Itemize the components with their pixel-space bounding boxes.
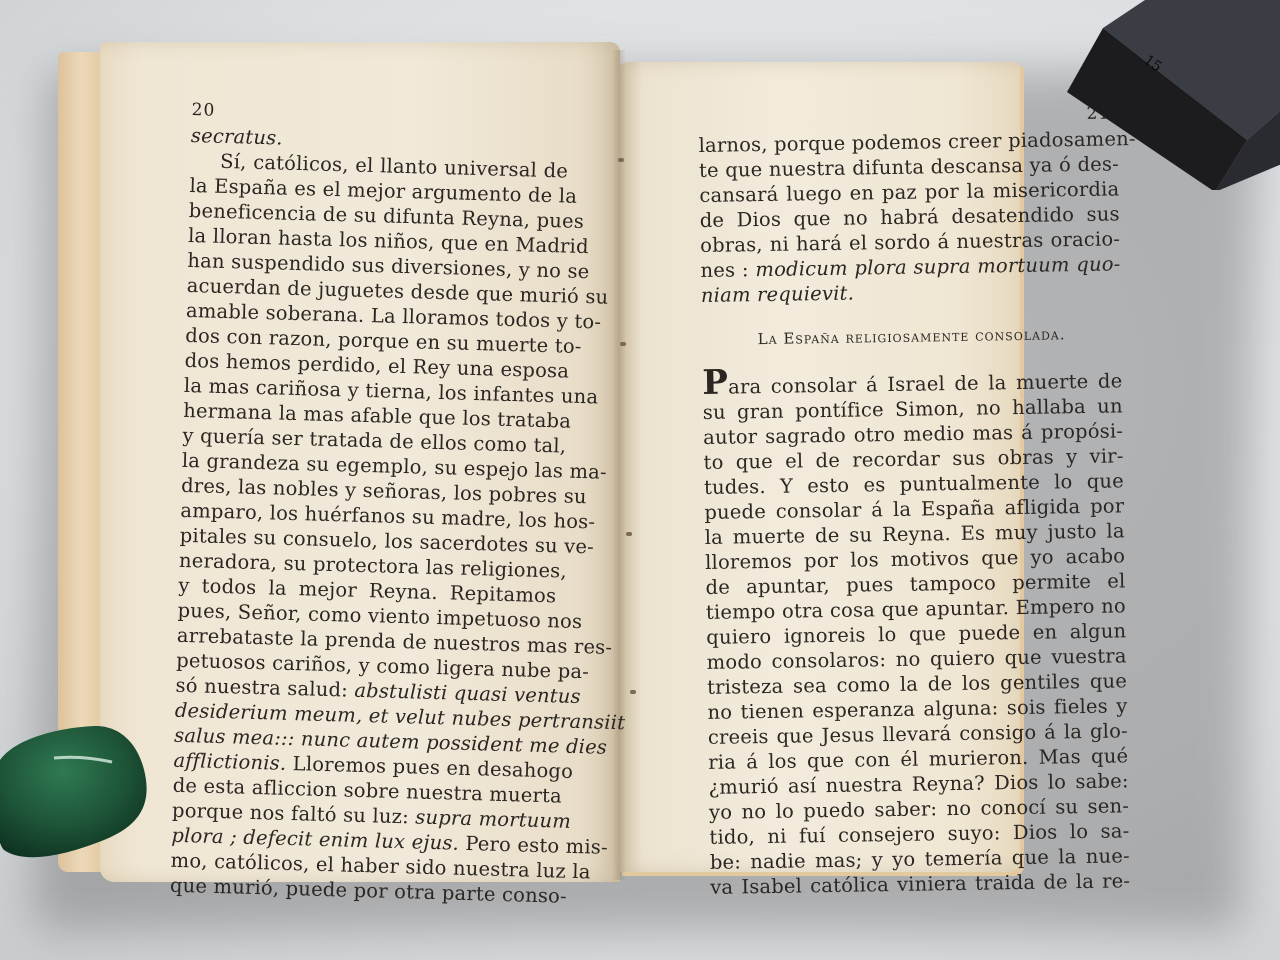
drop-cap: P xyxy=(702,363,728,403)
text-line: niam requievit. xyxy=(701,276,1121,308)
book-gutter xyxy=(612,50,626,880)
right-page-lines-bottom: Para consolar á Israel de la muerte desu… xyxy=(702,364,1130,900)
black-book-weight: 15 xyxy=(1055,0,1280,190)
binding-stitch xyxy=(618,158,624,162)
green-malachite-stone xyxy=(0,700,154,870)
binding-stitch xyxy=(620,342,626,346)
section-heading: La España religiosamente consolada. xyxy=(701,321,1121,353)
right-page-text: 21 larnos, porque podemos creer piadosam… xyxy=(698,101,1130,899)
left-page-text: 20 secratus.Sí, católicos, el llanto uni… xyxy=(170,98,570,908)
left-page-lines: secratus.Sí, católicos, el llanto univer… xyxy=(170,123,569,908)
binding-stitch xyxy=(630,690,636,694)
binding-stitch xyxy=(626,532,632,536)
